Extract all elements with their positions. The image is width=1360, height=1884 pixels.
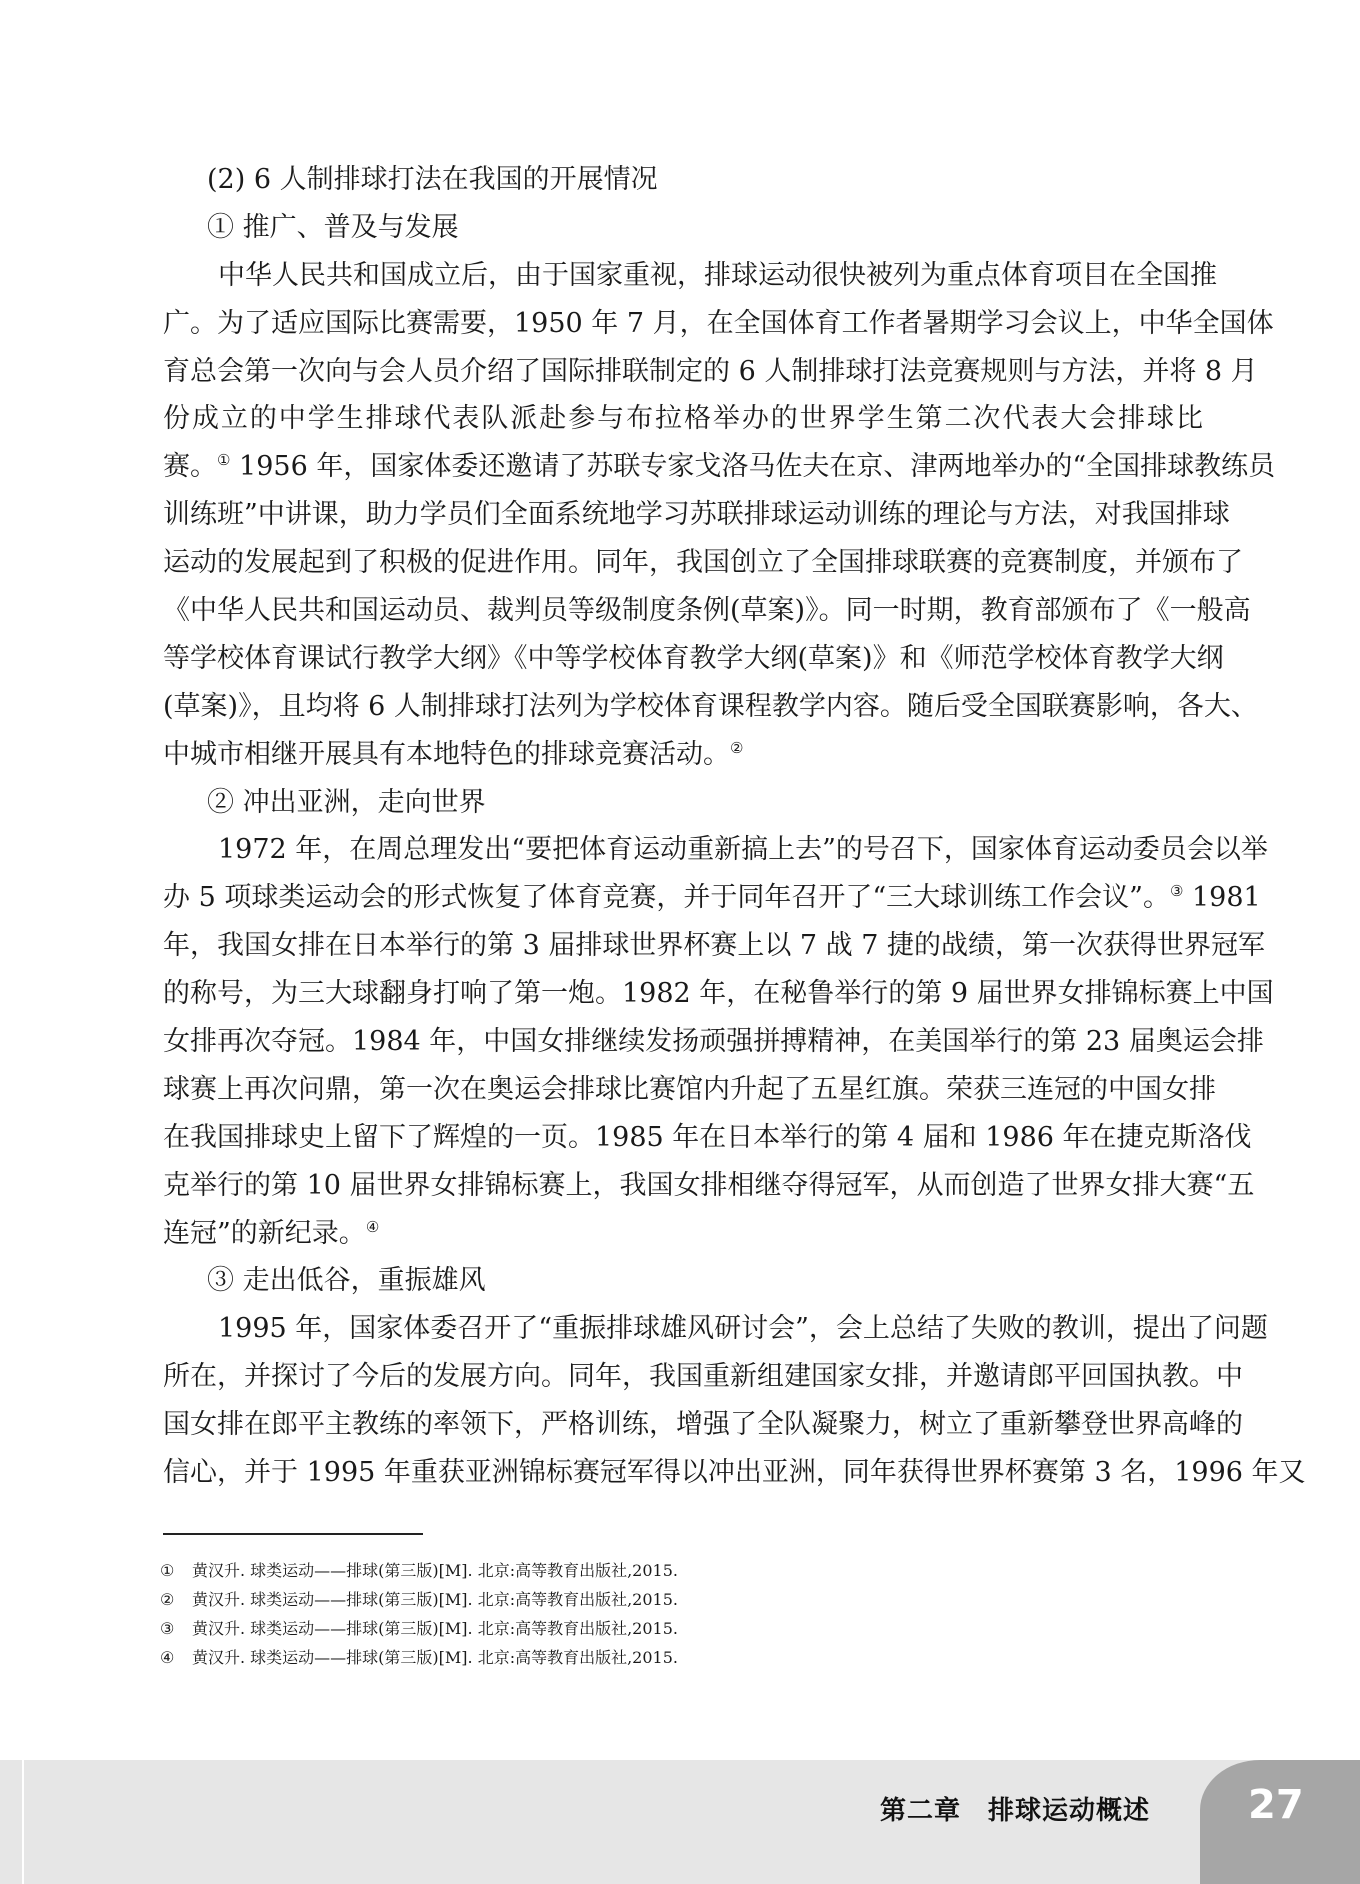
body-text: (2) 6 人制排球打法在我国的开展情况 ① 推广、普及与发展 中华人民共和国成… [163, 156, 1203, 1497]
line-text: 女排再次夺冠。1984 年，中国女排继续发扬顽强拼搏精神，在美国举行的第 23 … [163, 1026, 1264, 1057]
line-text: 球赛上再次问鼎，第一次在奥运会排球比赛馆内升起了五星红旗。荣获三连冠的中国女排 [163, 1074, 1216, 1105]
line-text: 1956 年，国家体委还邀请了苏联专家戈洛马佐夫在京、津两地举办的“全国排球教练… [230, 451, 1275, 482]
paragraph-line: 球赛上再次问鼎，第一次在奥运会排球比赛馆内升起了五星红旗。荣获三连冠的中国女排 [163, 1066, 1203, 1114]
footer-divider-line [22, 1760, 24, 1884]
line-text: 克举行的第 10 届世界女排锦标赛上，我国女排相继夺得冠军，从而创造了世界女排大… [163, 1170, 1254, 1201]
paragraph-line: 运动的发展起到了积极的促进作用。同年，我国创立了全国排球联赛的竞赛制度，并颁布了 [163, 539, 1203, 587]
line-text: 1972 年，在周总理发出“要把体育运动重新搞上去”的号召下，国家体育运动委员会… [218, 834, 1268, 865]
footnote-ref-3[interactable]: ③ [1170, 882, 1183, 900]
section-heading: (2) 6 人制排球打法在我国的开展情况 [163, 156, 1203, 204]
footnote-text: 黄汉升. 球类运动——排球(第三版)[M]. 北京:高等教育出版社,2015. [192, 1590, 678, 1609]
paragraph-line: 在我国排球史上留下了辉煌的一页。1985 年在日本举行的第 4 届和 1986 … [163, 1114, 1203, 1162]
paragraph-line: 国女排在郎平主教练的率领下，严格训练，增强了全队凝聚力，树立了重新攀登世界高峰的 [163, 1401, 1203, 1449]
line-text: ① 推广、普及与发展 [207, 212, 459, 243]
line-text: 的称号，为三大球翻身打响了第一炮。1982 年，在秘鲁举行的第 9 届世界女排锦… [163, 978, 1274, 1009]
line-text: 中华人民共和国成立后，由于国家重视，排球运动很快被列为重点体育项目在全国推 [218, 260, 1217, 291]
line-text: 运动的发展起到了积极的促进作用。同年，我国创立了全国排球联赛的竞赛制度，并颁布了 [163, 547, 1243, 578]
line-text: 《中华人民共和国运动员、裁判员等级制度条例(草案)》。同一时期，教育部颁布了《一… [163, 595, 1251, 626]
footnote-mark: ④ [160, 1643, 192, 1672]
paragraph-line: 女排再次夺冠。1984 年，中国女排继续发扬顽强拼搏精神，在美国举行的第 23 … [163, 1018, 1203, 1066]
paragraph-line: 《中华人民共和国运动员、裁判员等级制度条例(草案)》。同一时期，教育部颁布了《一… [163, 587, 1203, 635]
footnote-ref-1[interactable]: ① [217, 451, 230, 469]
footnote-text: 黄汉升. 球类运动——排球(第三版)[M]. 北京:高等教育出版社,2015. [192, 1648, 678, 1667]
paragraph-line: 的称号，为三大球翻身打响了第一炮。1982 年，在秘鲁举行的第 9 届世界女排锦… [163, 970, 1203, 1018]
paragraph-line: 育总会第一次向与会人员介绍了国际排联制定的 6 人制排球打法竞赛规则与方法，并将… [163, 348, 1203, 396]
line-text: 所在，并探讨了今后的发展方向。同年，我国重新组建国家女排，并邀请郎平回国执教。中 [163, 1361, 1243, 1392]
line-text: 中城市相继开展具有本地特色的排球竞赛活动。 [163, 739, 730, 770]
running-footer-chapter-title: 第二章 排球运动概述 [880, 1790, 1150, 1827]
footnote-text: 黄汉升. 球类运动——排球(第三版)[M]. 北京:高等教育出版社,2015. [192, 1619, 678, 1638]
line-text: 等学校体育课试行教学大纲》《中等学校体育教学大纲(草案)》和《师范学校体育教学大… [163, 643, 1224, 674]
paragraph-line: 信心，并于 1995 年重获亚洲锦标赛冠军得以冲出亚洲，同年获得世界杯赛第 3 … [163, 1449, 1203, 1497]
paragraph-line: 中城市相继开展具有本地特色的排球竞赛活动。② [163, 731, 1203, 779]
line-text: 广。为了适应国际比赛需要，1950 年 7 月，在全国体育工作者暑期学习会议上，… [163, 308, 1274, 339]
line-text: 信心，并于 1995 年重获亚洲锦标赛冠军得以冲出亚洲，同年获得世界杯赛第 3 … [163, 1457, 1306, 1488]
line-text: 连冠”的新纪录。 [163, 1218, 366, 1249]
footnote-item: ①黄汉升. 球类运动——排球(第三版)[M]. 北京:高等教育出版社,2015. [160, 1556, 678, 1585]
line-text: 赛。 [163, 451, 217, 482]
paragraph-line: 年，我国女排在日本举行的第 3 届排球世界杯赛上以 7 战 7 捷的战绩，第一次… [163, 922, 1203, 970]
subsection-heading: ③ 走出低谷，重振雄风 [163, 1257, 1203, 1305]
paragraph-line: 份成立的中学生排球代表队派赴参与布拉格举办的世界学生第二次代表大会排球比 [163, 395, 1203, 443]
subsection-heading: ① 推广、普及与发展 [163, 204, 1203, 252]
line-text: 办 5 项球类运动会的形式恢复了体育竞赛，并于同年召开了“三大球训练工作会议”。 [163, 882, 1170, 913]
line-text: 育总会第一次向与会人员介绍了国际排联制定的 6 人制排球打法竞赛规则与方法，并将… [163, 356, 1258, 387]
line-text: 1995 年，国家体委召开了“重振排球雄风研讨会”，会上总结了失败的教训，提出了… [218, 1313, 1268, 1344]
paragraph-line: 中华人民共和国成立后，由于国家重视，排球运动很快被列为重点体育项目在全国推 [163, 252, 1203, 300]
line-text: 训练班”中讲课，助力学员们全面系统地学习苏联排球运动训练的理论与方法，对我国排球 [163, 499, 1230, 530]
subsection-heading: ② 冲出亚洲，走向世界 [163, 779, 1203, 827]
line-text: 份成立的中学生排球代表队派赴参与布拉格举办的世界学生第二次代表大会排球比 [163, 403, 1203, 434]
paragraph-line: (草案)》，且均将 6 人制排球打法列为学校体育课程教学内容。随后受全国联赛影响… [163, 683, 1203, 731]
line-text: 国女排在郎平主教练的率领下，严格训练，增强了全队凝聚力，树立了重新攀登世界高峰的 [163, 1409, 1243, 1440]
paragraph-line: 训练班”中讲课，助力学员们全面系统地学习苏联排球运动训练的理论与方法，对我国排球 [163, 491, 1203, 539]
footnote-mark: ③ [160, 1614, 192, 1643]
paragraph-line: 办 5 项球类运动会的形式恢复了体育竞赛，并于同年召开了“三大球训练工作会议”。… [163, 874, 1203, 922]
footnote-item: ④黄汉升. 球类运动——排球(第三版)[M]. 北京:高等教育出版社,2015. [160, 1643, 678, 1672]
paragraph-line: 所在，并探讨了今后的发展方向。同年，我国重新组建国家女排，并邀请郎平回国执教。中 [163, 1353, 1203, 1401]
paragraph-line: 等学校体育课试行教学大纲》《中等学校体育教学大纲(草案)》和《师范学校体育教学大… [163, 635, 1203, 683]
line-text: 1981 [1183, 882, 1260, 913]
footnote-item: ③黄汉升. 球类运动——排球(第三版)[M]. 北京:高等教育出版社,2015. [160, 1614, 678, 1643]
footnote-ref-4[interactable]: ④ [366, 1218, 379, 1236]
line-text: 在我国排球史上留下了辉煌的一页。1985 年在日本举行的第 4 届和 1986 … [163, 1122, 1252, 1153]
line-text: (2) 6 人制排球打法在我国的开展情况 [207, 164, 658, 195]
footnote-ref-2[interactable]: ② [730, 739, 743, 757]
paragraph-line: 连冠”的新纪录。④ [163, 1210, 1203, 1258]
page-number: 27 [1248, 1782, 1304, 1828]
footer-band [0, 1760, 1360, 1884]
footnote-divider [163, 1533, 423, 1535]
paragraph-line: 广。为了适应国际比赛需要，1950 年 7 月，在全国体育工作者暑期学习会议上，… [163, 300, 1203, 348]
footnote-mark: ① [160, 1556, 192, 1585]
paragraph-line: 1972 年，在周总理发出“要把体育运动重新搞上去”的号召下，国家体育运动委员会… [163, 826, 1203, 874]
paragraph-line: 赛。① 1956 年，国家体委还邀请了苏联专家戈洛马佐夫在京、津两地举办的“全国… [163, 443, 1203, 491]
line-text: ② 冲出亚洲，走向世界 [207, 787, 486, 818]
footnotes: ①黄汉升. 球类运动——排球(第三版)[M]. 北京:高等教育出版社,2015.… [160, 1556, 678, 1672]
line-text: 年，我国女排在日本举行的第 3 届排球世界杯赛上以 7 战 7 捷的战绩，第一次… [163, 930, 1265, 961]
line-text: (草案)》，且均将 6 人制排球打法列为学校体育课程教学内容。随后受全国联赛影响… [163, 691, 1258, 722]
footnote-text: 黄汉升. 球类运动——排球(第三版)[M]. 北京:高等教育出版社,2015. [192, 1561, 678, 1580]
paragraph-line: 克举行的第 10 届世界女排锦标赛上，我国女排相继夺得冠军，从而创造了世界女排大… [163, 1162, 1203, 1210]
footnote-item: ②黄汉升. 球类运动——排球(第三版)[M]. 北京:高等教育出版社,2015. [160, 1585, 678, 1614]
line-text: ③ 走出低谷，重振雄风 [207, 1265, 486, 1296]
footnote-mark: ② [160, 1585, 192, 1614]
paragraph-line: 1995 年，国家体委召开了“重振排球雄风研讨会”，会上总结了失败的教训，提出了… [163, 1305, 1203, 1353]
